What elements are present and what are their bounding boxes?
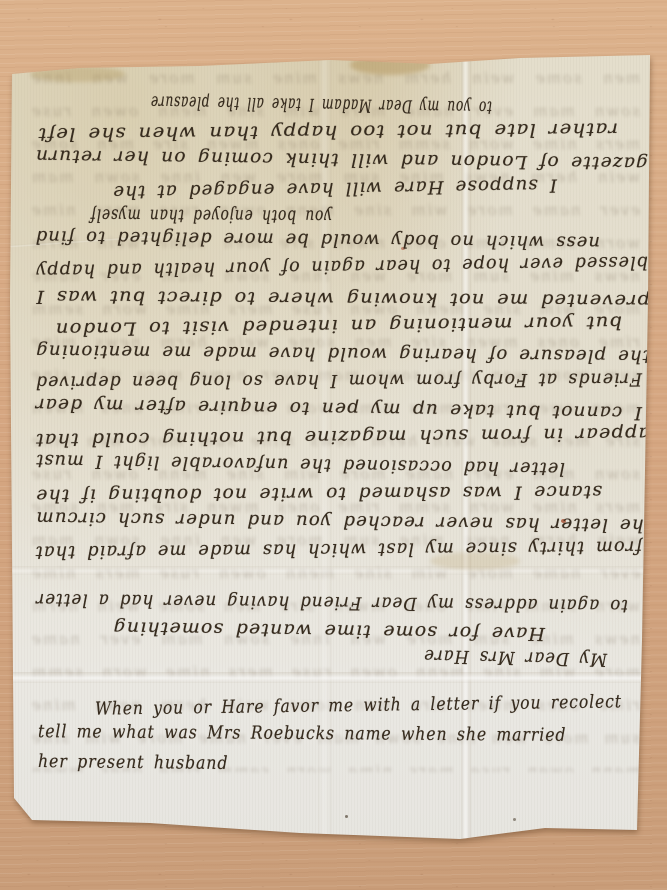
postscript-line: tell me what was Mrs Roebucks name when … xyxy=(38,720,566,748)
handwriting-line: to you my Dear Madam I take all the plea… xyxy=(150,89,492,118)
letter-paper: men some wein herm news mine sum more we… xyxy=(0,0,667,890)
handwriting-line: letter had occasioned the unfavorable li… xyxy=(35,448,565,480)
handwriting-line: from thirty since my last which has made… xyxy=(35,534,642,563)
handwriting-line: but your mentioning an intended visit to… xyxy=(55,310,622,341)
salutation: My Dear Mrs Hare xyxy=(423,643,607,671)
handwriting-line: Friends at Forby from whom I have so lon… xyxy=(35,366,642,393)
handwriting-line: stance I was ashamed to write not doubti… xyxy=(35,479,602,507)
handwriting-line: ness which no body would be more delight… xyxy=(35,224,600,254)
handwriting-line: to again address my Dear Friend having n… xyxy=(35,587,628,617)
handwriting-line: you both enjoyed than myself xyxy=(90,202,332,227)
handwriting-line: I suppose Hare will have engaged at the xyxy=(112,173,557,204)
handwriting-line: rather late but not too happy than when … xyxy=(37,116,618,145)
handwriting-line: appear in from such magazine but nothing… xyxy=(35,421,650,451)
handwriting-line: the pleasure of hearing would have made … xyxy=(35,338,650,367)
handwriting-line: the letter has never reached you and und… xyxy=(35,505,652,537)
handwriting-line: prevented me not knowing where to direct… xyxy=(35,284,650,312)
postscript-line: her present husband xyxy=(38,750,228,776)
postscript-line: When you or Hare favor me with a letter … xyxy=(95,690,622,721)
letter-paper-wrap: men some wein herm news mine sum more we… xyxy=(0,0,667,890)
handwriting-line: Have for some time wanted something xyxy=(112,615,545,645)
handwriting-line: I cannot but take up my pen to enquire a… xyxy=(35,392,642,424)
handwriting-line: gazette of London and will think coming … xyxy=(35,143,648,174)
handwriting-line: blessed ever hope to hear again of your … xyxy=(35,250,648,283)
handwriting-layer: My Dear Mrs HareHave for some time wante… xyxy=(0,0,667,890)
